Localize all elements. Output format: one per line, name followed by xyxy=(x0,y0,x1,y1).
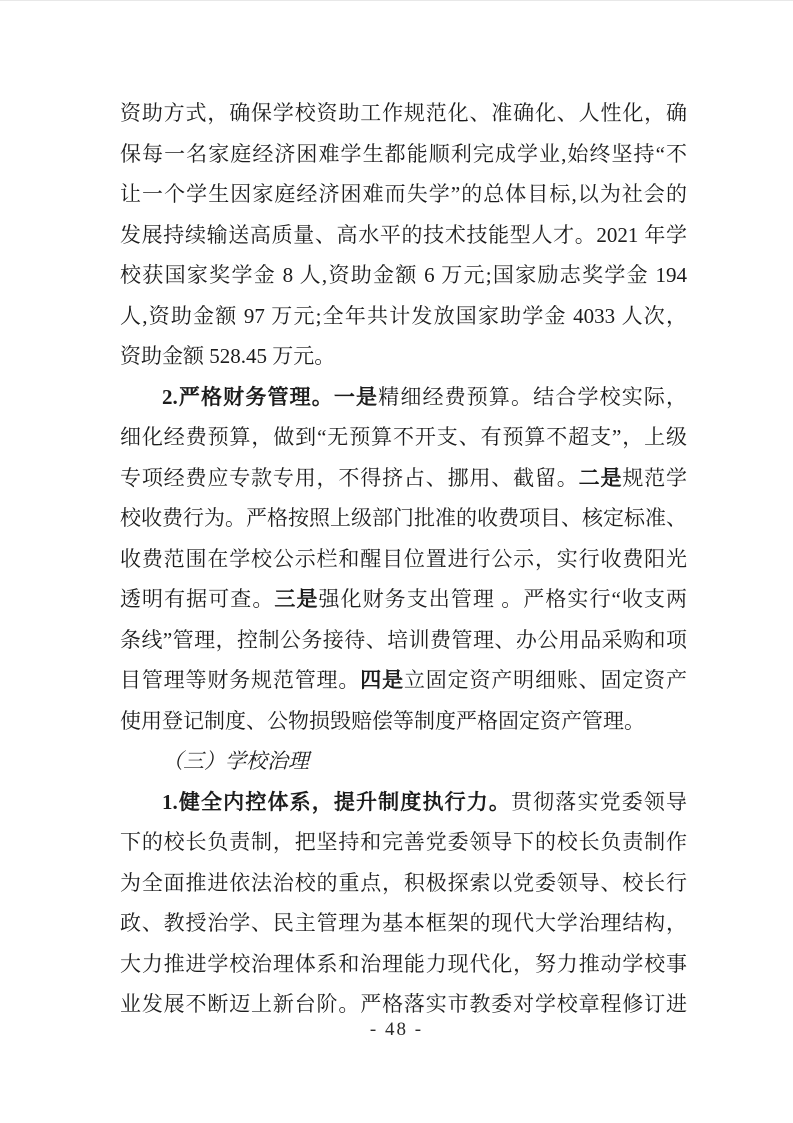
text-line: 让一个学生因家庭经济困难而失学”的总体目标,以为社会的 xyxy=(120,174,687,215)
text-run: 为全面推进依法治校的重点，积极探索以党委领导、校长行 xyxy=(120,871,687,895)
text-run: 校获国家奖学金 8 人,资助金额 6 万元;国家励志奖学金 194 xyxy=(120,263,687,287)
document-body: 资助方式，确保学校资助工作规范化、准确化、人性化，确保每一名家庭经济困难学生都能… xyxy=(120,93,687,1025)
text-line: 资助金额 528.45 万元。 xyxy=(120,336,687,377)
text-line: 使用登记制度、公物损毁赔偿等制度严格固定资产管理。 xyxy=(120,701,687,742)
text-run: 大力推进学校治理体系和治理能力现代化，努力推动学校事 xyxy=(120,952,687,976)
text-run: 细化经费预算，做到“无预算不开支、有预算不超支”，上级 xyxy=(120,425,687,449)
text-run: 校收费行为。严格按照上级部门批准的收费项目、核定标准、 xyxy=(120,506,687,530)
text-run: 保每一名家庭经济困难学生都能顺利完成学业,始终坚持“不 xyxy=(120,142,687,166)
bold-text-run: 1.健全内控体系，提升制度执行力。 xyxy=(162,790,511,814)
document-page: 资助方式，确保学校资助工作规范化、准确化、人性化，确保每一名家庭经济困难学生都能… xyxy=(0,0,793,1123)
text-line: 2.严格财务管理。一是精细经费预算。结合学校实际， xyxy=(120,377,687,418)
text-run: （三）学校治理 xyxy=(162,749,309,773)
text-run: 条线”管理，控制公务接待、培训费管理、办公用品采购和项 xyxy=(120,628,687,652)
text-line: 透明有据可查。三是强化财务支出管理 。严格实行“收支两 xyxy=(120,579,687,620)
text-run: 精细经费预算。结合学校实际， xyxy=(378,385,687,409)
text-line: 目管理等财务规范管理。四是立固定资产明细账、固定资产 xyxy=(120,660,687,701)
paragraph-financial-management: 2.严格财务管理。一是精细经费预算。结合学校实际，细化经费预算，做到“无预算不开… xyxy=(120,377,687,742)
text-line: 专项经费应专款专用，不得挤占、挪用、截留。二是规范学 xyxy=(120,458,687,499)
text-line: 资助方式，确保学校资助工作规范化、准确化、人性化，确 xyxy=(120,93,687,134)
text-run: 专项经费应专款专用，不得挤占、挪用、截留。 xyxy=(120,466,579,490)
text-run: 立固定资产明细账、固定资产 xyxy=(404,668,687,692)
text-line: 为全面推进依法治校的重点，积极探索以党委领导、校长行 xyxy=(120,863,687,904)
bold-text-run: 二是 xyxy=(579,466,623,490)
text-run: 强化财务支出管理 。严格实行“收支两 xyxy=(319,587,688,611)
paragraph-internal-control: 1.健全内控体系，提升制度执行力。贯彻落实党委领导下的校长负责制，把坚持和完善党… xyxy=(120,782,687,1025)
text-run: 贯彻落实党委领导 xyxy=(511,790,687,814)
text-line: 下的校长负责制，把坚持和完善党委领导下的校长负责制作 xyxy=(120,822,687,863)
paragraph-student-aid: 资助方式，确保学校资助工作规范化、准确化、人性化，确保每一名家庭经济困难学生都能… xyxy=(120,93,687,377)
text-line: 校收费行为。严格按照上级部门批准的收费项目、核定标准、 xyxy=(120,498,687,539)
text-run: 下的校长负责制，把坚持和完善党委领导下的校长负责制作 xyxy=(120,830,687,854)
text-run: 政、教授治学、民主管理为基本框架的现代大学治理结构， xyxy=(120,911,687,935)
text-line: 发展持续输送高质量、高水平的技术技能型人才。2021 年学 xyxy=(120,215,687,256)
text-run: 发展持续输送高质量、高水平的技术技能型人才。2021 年学 xyxy=(120,223,687,247)
text-run: 规范学 xyxy=(622,466,687,490)
bold-text-run: 四是 xyxy=(360,668,404,692)
text-run: 透明有据可查。 xyxy=(120,587,274,611)
text-run: 资助方式，确保学校资助工作规范化、准确化、人性化，确 xyxy=(120,101,687,125)
text-line: 1.健全内控体系，提升制度执行力。贯彻落实党委领导 xyxy=(120,782,687,823)
text-run: 使用登记制度、公物损毁赔偿等制度严格固定资产管理。 xyxy=(120,709,645,733)
text-run: 让一个学生因家庭经济困难而失学”的总体目标,以为社会的 xyxy=(120,182,687,206)
text-line: 细化经费预算，做到“无预算不开支、有预算不超支”，上级 xyxy=(120,417,687,458)
text-run: 目管理等财务规范管理。 xyxy=(120,668,360,692)
text-run: 收费范围在学校公示栏和醒目位置进行公示，实行收费阳光 xyxy=(120,547,687,571)
text-line: （三）学校治理 xyxy=(120,741,687,782)
page-number: - 48 - xyxy=(0,1019,793,1041)
text-line: 政、教授治学、民主管理为基本框架的现代大学治理结构， xyxy=(120,903,687,944)
text-line: 大力推进学校治理体系和治理能力现代化，努力推动学校事 xyxy=(120,944,687,985)
heading-school-governance: （三）学校治理 xyxy=(120,741,687,782)
text-run: 人,资助金额 97 万元;全年共计发放国家助学金 4033 人次， xyxy=(120,304,687,328)
text-line: 校获国家奖学金 8 人,资助金额 6 万元;国家励志奖学金 194 xyxy=(120,255,687,296)
text-line: 保每一名家庭经济困难学生都能顺利完成学业,始终坚持“不 xyxy=(120,134,687,175)
text-line: 条线”管理，控制公务接待、培训费管理、办公用品采购和项 xyxy=(120,620,687,661)
text-run: 资助金额 528.45 万元。 xyxy=(120,344,335,368)
bold-text-run: 2.严格财务管理。一是 xyxy=(162,385,378,409)
text-run: 业发展不断迈上新台阶。严格落实市教委对学校章程修订进 xyxy=(120,992,687,1016)
bold-text-run: 三是 xyxy=(274,587,318,611)
text-line: 收费范围在学校公示栏和醒目位置进行公示，实行收费阳光 xyxy=(120,539,687,580)
text-line: 人,资助金额 97 万元;全年共计发放国家助学金 4033 人次， xyxy=(120,296,687,337)
